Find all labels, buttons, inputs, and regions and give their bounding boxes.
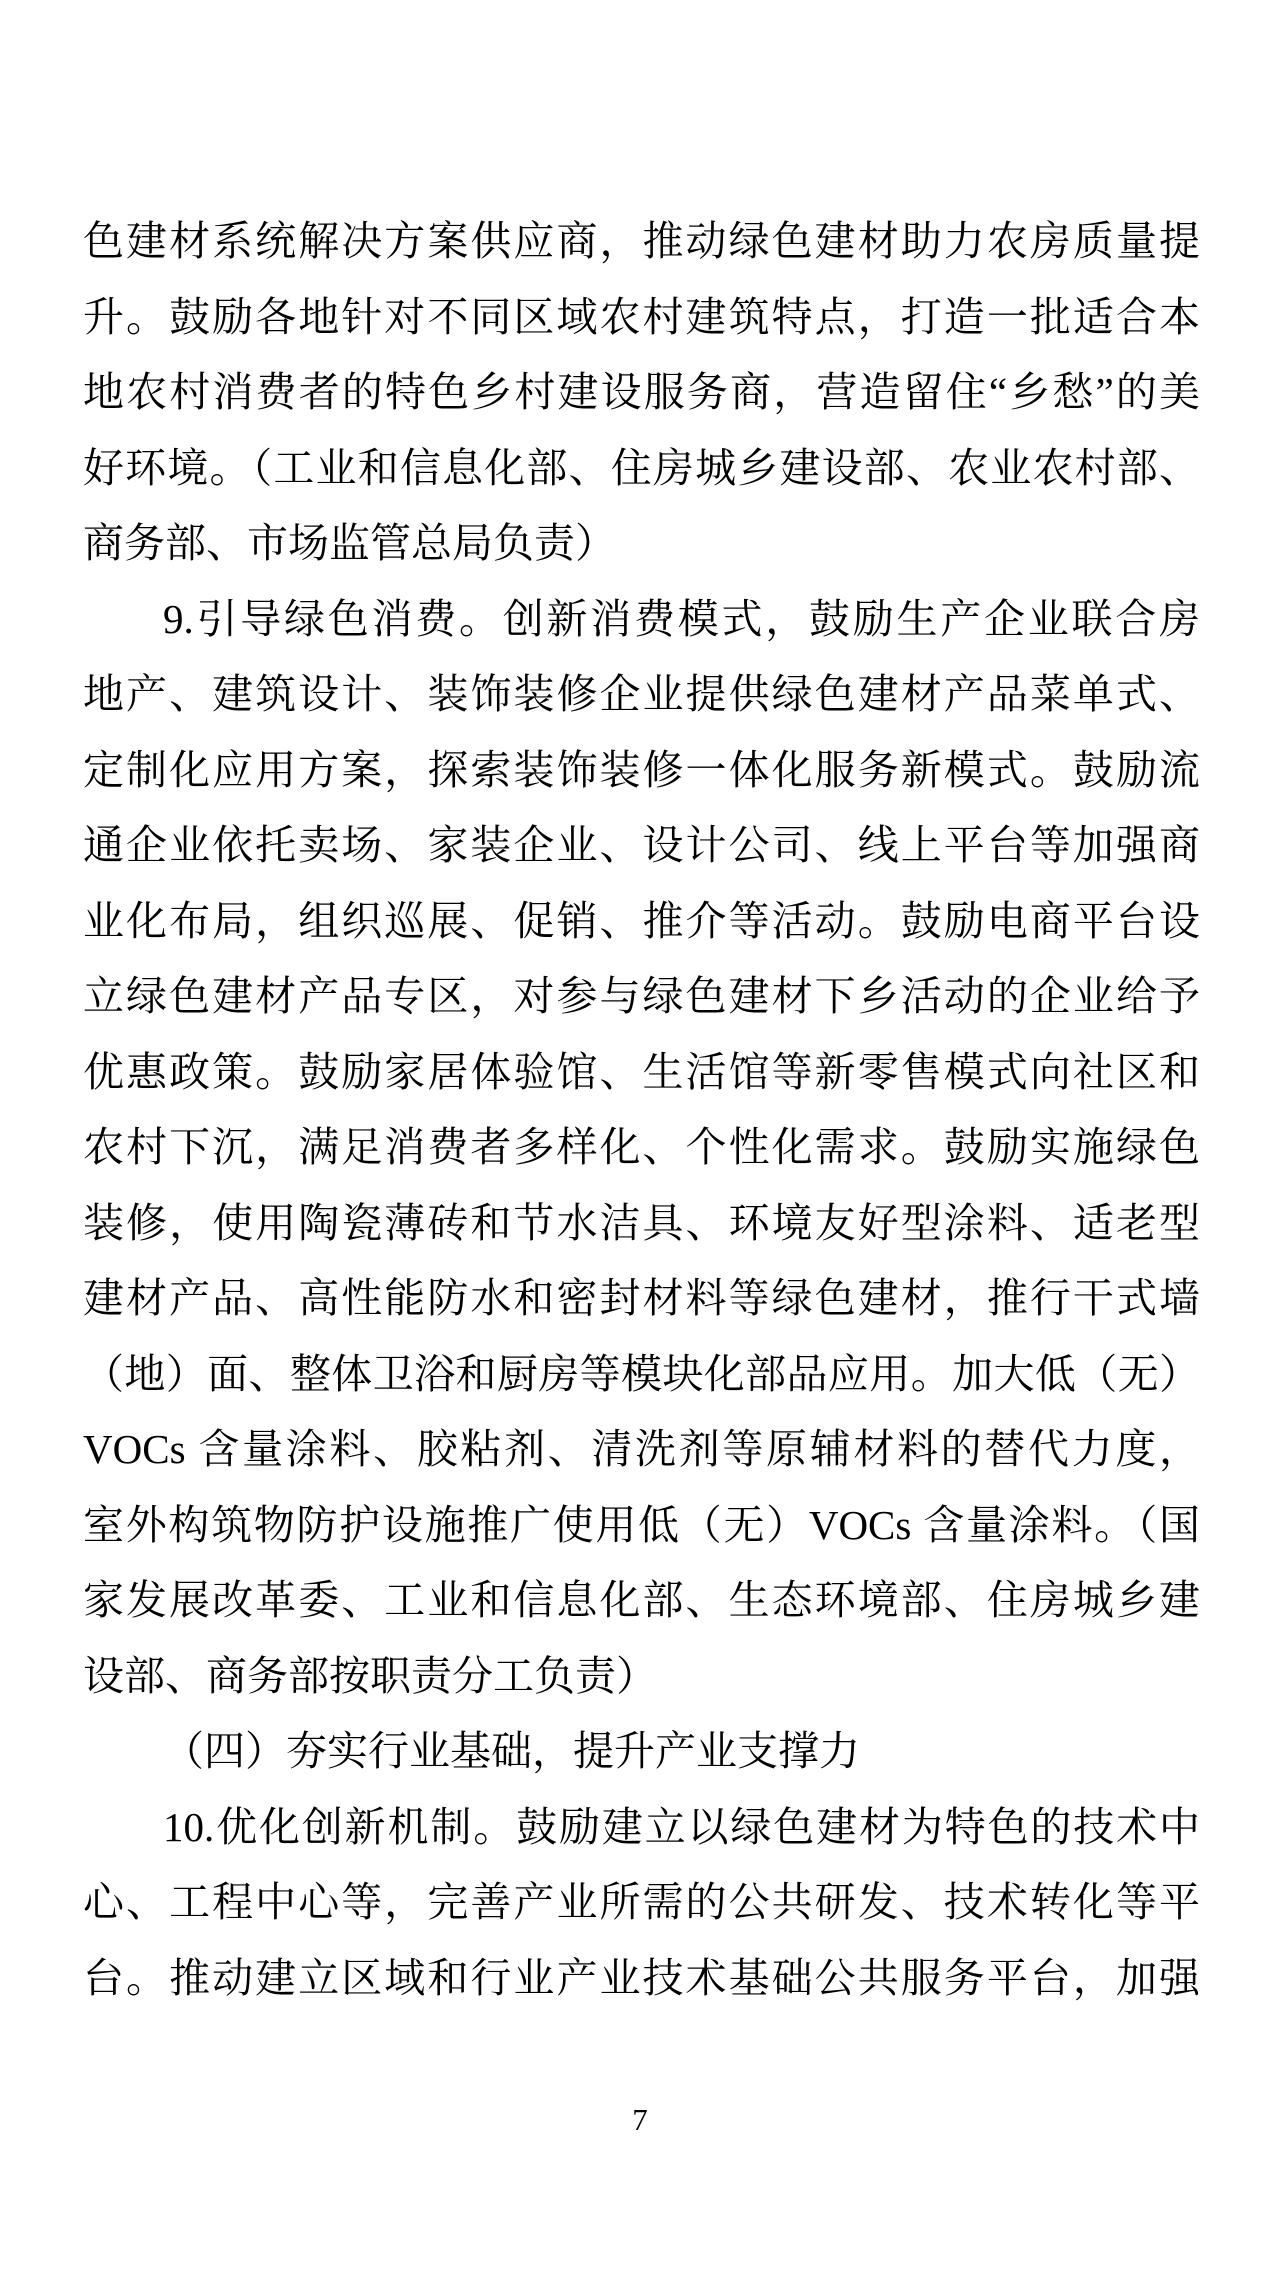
text-line: VOCs 含量涂料、胶粘剂、清洗剂等原辅材料的替代力度， <box>83 1412 1200 1488</box>
paragraph: 色建材系统解决方案供应商，推动绿色建材助力农房质量提升。鼓励各地针对不同区域农村… <box>83 204 1200 582</box>
text-line: 9.引导绿色消费。创新消费模式，鼓励生产企业联合房 <box>83 582 1200 658</box>
page-number: 7 <box>632 2102 648 2137</box>
text-line: 立绿色建材产品专区，对参与绿色建材下乡活动的企业给予 <box>83 959 1200 1035</box>
text-line: 地产、建筑设计、装饰装修企业提供绿色建材产品菜单式、 <box>83 657 1200 733</box>
heading-line: （四）夯实行业基础，提升产业支撑力 <box>83 1714 1200 1790</box>
document-page: 色建材系统解决方案供应商，推动绿色建材助力农房质量提升。鼓励各地针对不同区域农村… <box>0 0 1280 2275</box>
text-line: 装修，使用陶瓷薄砖和节水洁具、环境友好型涂料、适老型 <box>83 1186 1200 1262</box>
text-line: 业化布局，组织巡展、促销、推介等活动。鼓励电商平台设 <box>83 884 1200 960</box>
text-line: 地农村消费者的特色乡村建设服务商，营造留住“乡愁”的美 <box>83 355 1200 431</box>
text-line: （地）面、整体卫浴和厨房等模块化部品应用。加大低（无） <box>83 1337 1200 1413</box>
paragraph: 9.引导绿色消费。创新消费模式，鼓励生产企业联合房地产、建筑设计、装饰装修企业提… <box>83 582 1200 1715</box>
text-line: 升。鼓励各地针对不同区域农村建筑特点，打造一批适合本 <box>83 280 1200 356</box>
page-footer: 7 <box>0 2100 1280 2140</box>
text-line: 定制化应用方案，探索装饰装修一体化服务新模式。鼓励流 <box>83 733 1200 809</box>
text-line: 通企业依托卖场、家装企业、设计公司、线上平台等加强商 <box>83 808 1200 884</box>
document-body: 色建材系统解决方案供应商，推动绿色建材助力农房质量提升。鼓励各地针对不同区域农村… <box>83 204 1200 2016</box>
section-heading: （四）夯实行业基础，提升产业支撑力 <box>83 1714 1200 1790</box>
text-line: 优惠政策。鼓励家居体验馆、生活馆等新零售模式向社区和 <box>83 1035 1200 1111</box>
paragraph: 10.优化创新机制。鼓励建立以绿色建材为特色的技术中心、工程中心等，完善产业所需… <box>83 1790 1200 2017</box>
text-line: 台。推动建立区域和行业产业技术基础公共服务平台，加强 <box>83 1941 1200 2017</box>
text-line: 好环境。（工业和信息化部、住房城乡建设部、农业农村部、 <box>83 431 1200 507</box>
text-line: 家发展改革委、工业和信息化部、生态环境部、住房城乡建 <box>83 1563 1200 1639</box>
text-line: 农村下沉，满足消费者多样化、个性化需求。鼓励实施绿色 <box>83 1110 1200 1186</box>
text-line: 建材产品、高性能防水和密封材料等绿色建材，推行干式墙 <box>83 1261 1200 1337</box>
text-line: 室外构筑物防护设施推广使用低（无）VOCs 含量涂料。（国 <box>83 1488 1200 1564</box>
text-line: 10.优化创新机制。鼓励建立以绿色建材为特色的技术中 <box>83 1790 1200 1866</box>
text-line: 心、工程中心等，完善产业所需的公共研发、技术转化等平 <box>83 1865 1200 1941</box>
text-line: 商务部、市场监管总局负责） <box>83 506 1200 582</box>
text-line: 设部、商务部按职责分工负责） <box>83 1639 1200 1715</box>
text-line: 色建材系统解决方案供应商，推动绿色建材助力农房质量提 <box>83 204 1200 280</box>
